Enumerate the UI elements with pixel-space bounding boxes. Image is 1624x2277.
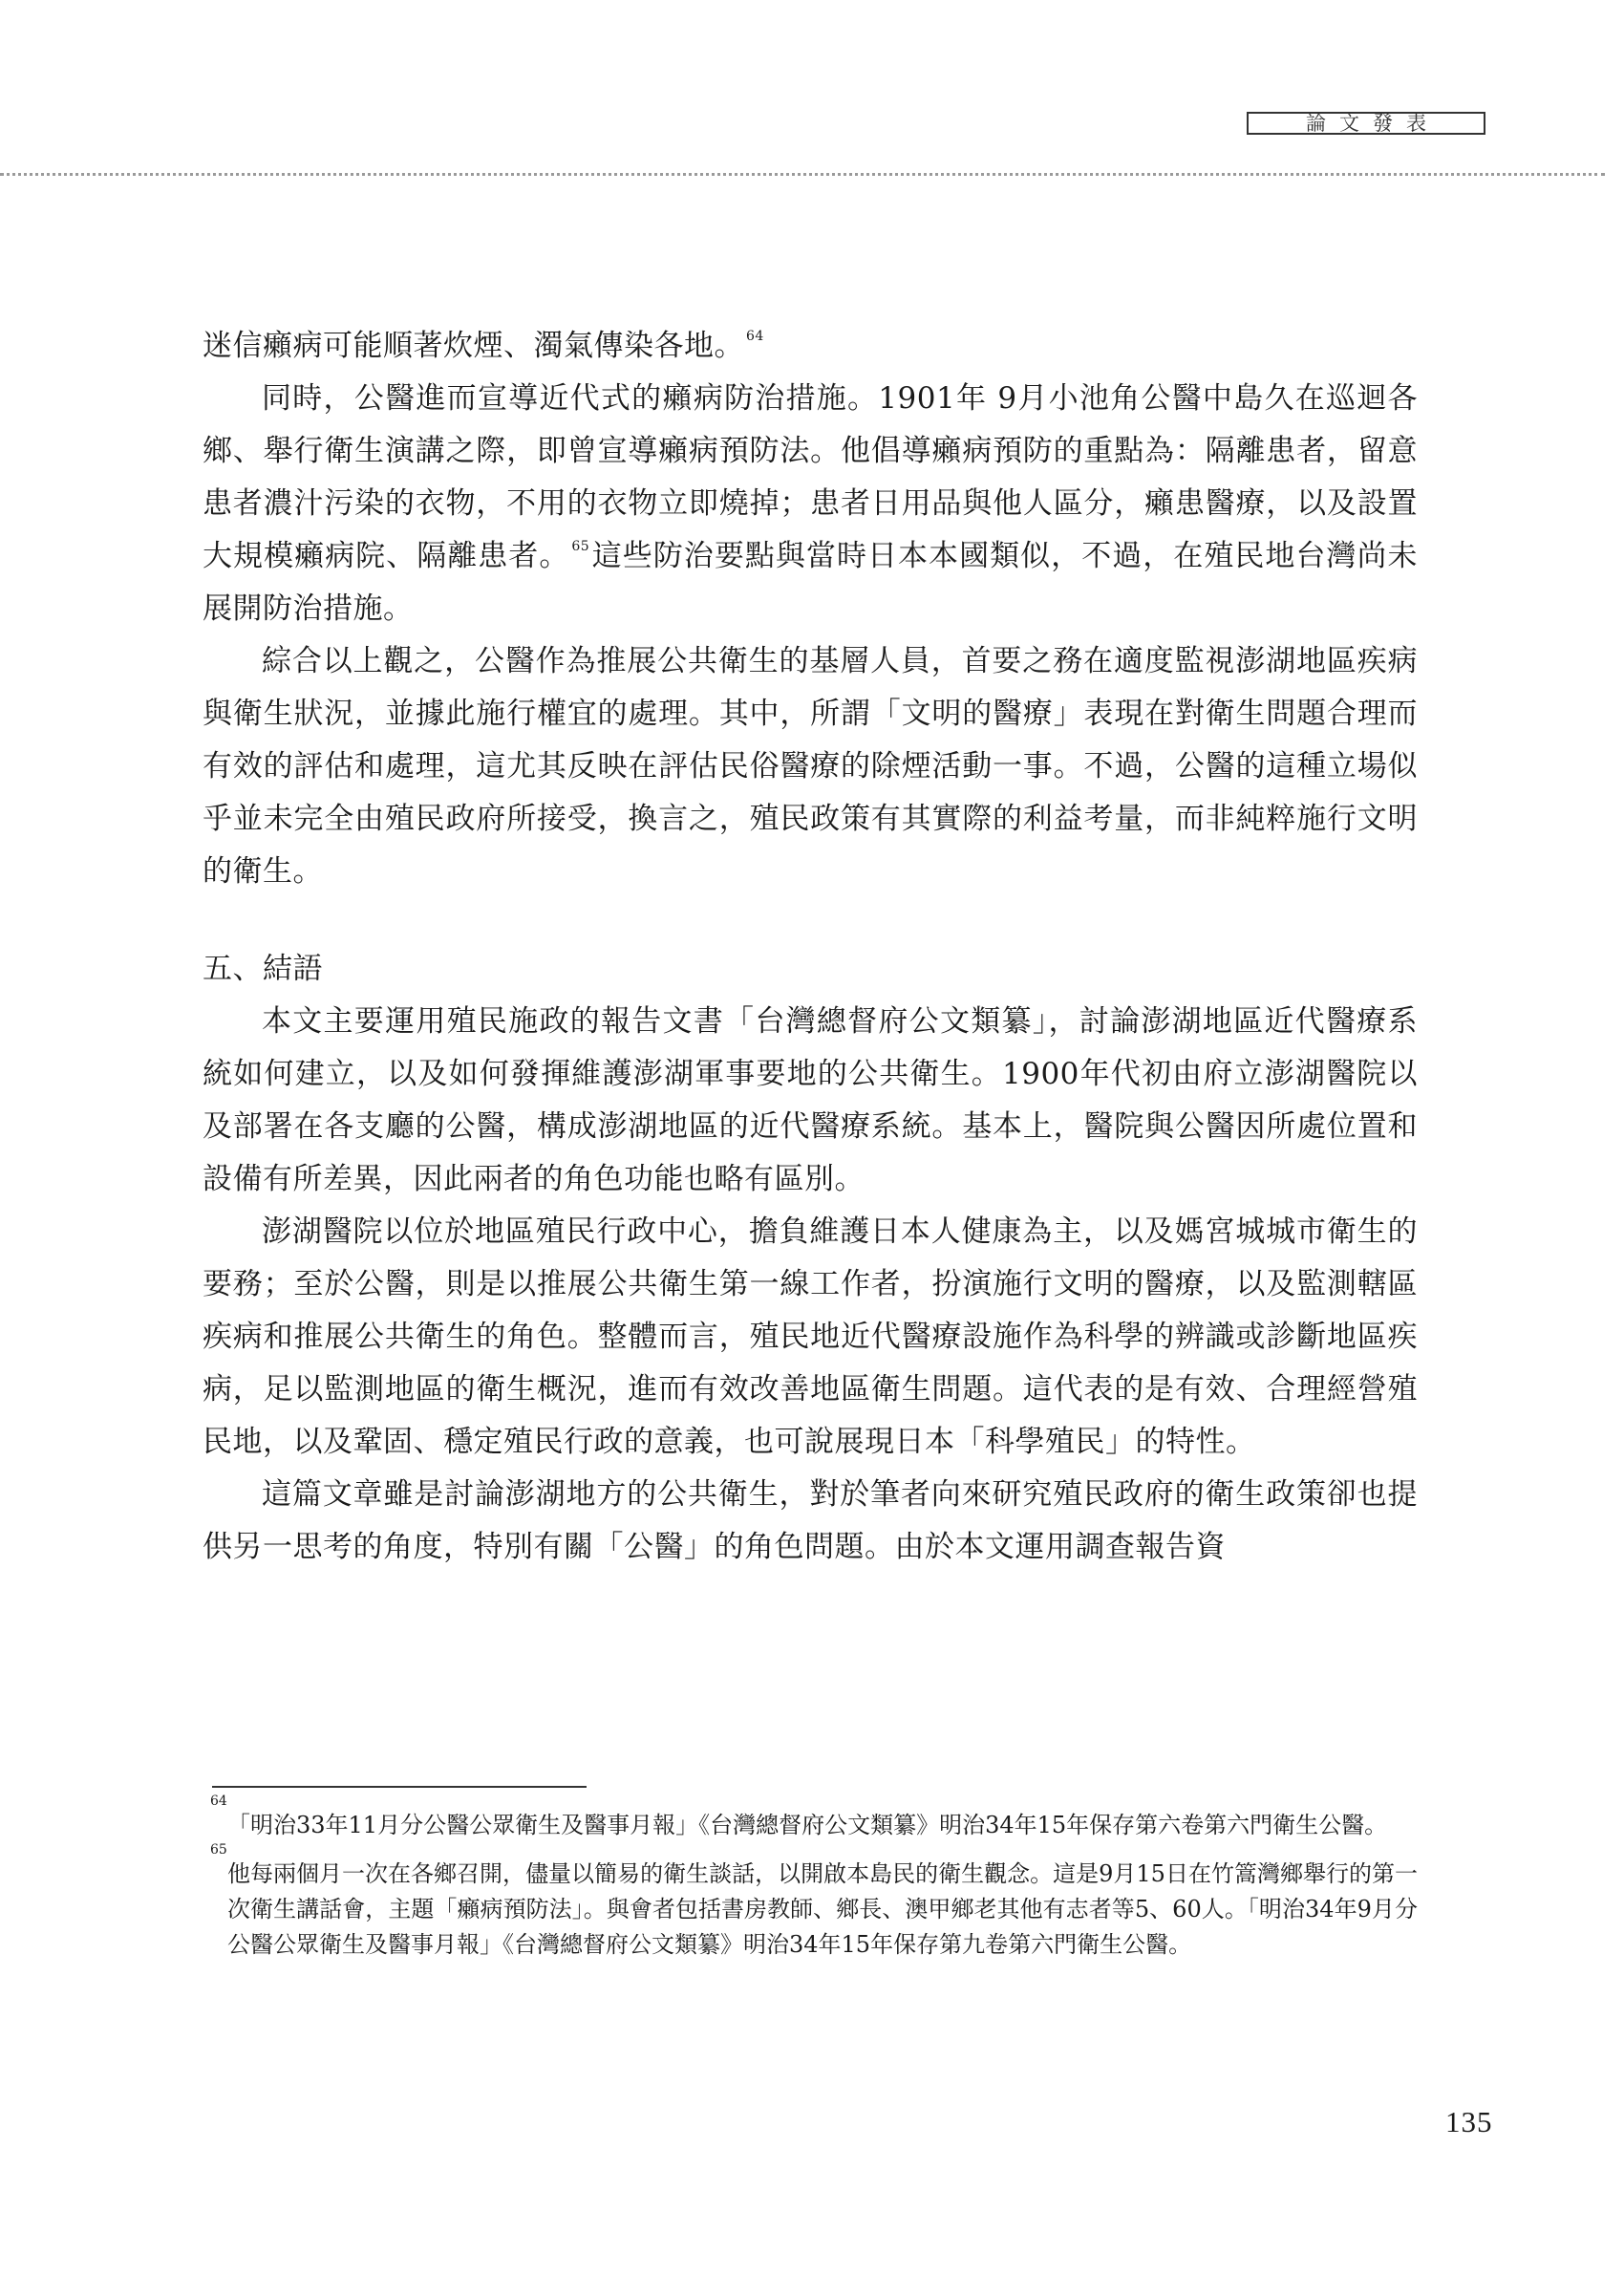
footnote-number: 64	[210, 1794, 227, 1808]
footnote-text: 他每兩個月一次在各鄉召開，儘量以簡易的衛生談話，以開啟本島民的衛生觀念。這是9月…	[227, 1860, 1418, 1958]
paragraph-2: 同時，公醫進而宣導近代式的癩病防治措施。1901年 9月小池角公醫中島久在巡迴各…	[203, 373, 1418, 635]
footnote-number: 65	[210, 1843, 227, 1857]
conclusion-paragraph-3: 這篇文章雖是討論澎湖地方的公共衛生，對於筆者向來研究殖民政府的衛生政策卻也提供另…	[203, 1469, 1418, 1574]
conclusion-paragraph-2: 澎湖醫院以位於地區殖民行政中心，擔負維護日本人健康為主，以及媽宮城城市衛生的要務…	[203, 1206, 1418, 1469]
footnote-separator-rule	[212, 1786, 587, 1788]
footnote-text: 「明治33年11月分公醫公眾衛生及醫事月報」《台灣總督府公文類纂》明治34年15…	[227, 1812, 1387, 1838]
footnotes-section: 64 「明治33年11月分公醫公眾衛生及醫事月報」《台灣總督府公文類纂》明治34…	[212, 1808, 1418, 1976]
paragraph-text: 迷信癩病可能順著炊煙、濁氣傳染各地。	[203, 329, 744, 363]
conclusion-paragraph-1: 本文主要運用殖民施政的報告文書「台灣總督府公文類纂」，討論澎湖地區近代醫療系統如…	[203, 996, 1418, 1206]
header-dotted-divider	[0, 173, 1605, 176]
paragraph-1: 迷信癩病可能順著炊煙、濁氣傳染各地。64	[203, 320, 1418, 373]
paragraph-text: 綜合以上觀之，公醫作為推展公共衛生的基層人員，首要之務在適度監視澎湖地區疾病與衛…	[203, 644, 1418, 889]
footnote-reference-65[interactable]: 65	[571, 539, 589, 554]
paragraph-3: 綜合以上觀之，公醫作為推展公共衛生的基層人員，首要之務在適度監視澎湖地區疾病與衛…	[203, 635, 1418, 898]
section-label-text: 論文發表	[1306, 114, 1440, 134]
main-body-text: 迷信癩病可能順著炊煙、濁氣傳染各地。64 同時，公醫進而宣導近代式的癩病防治措施…	[203, 320, 1418, 1574]
section-heading-conclusion: 五、結語	[203, 943, 1418, 996]
footnote-64: 64 「明治33年11月分公醫公眾衛生及醫事月報」《台灣總督府公文類纂》明治34…	[212, 1808, 1418, 1843]
footnote-reference-64[interactable]: 64	[746, 329, 764, 344]
page-number: 135	[1445, 2105, 1493, 2139]
running-header-section-label: 論文發表	[1247, 112, 1485, 135]
footnote-65: 65 他每兩個月一次在各鄉召開，儘量以簡易的衛生談話，以開啟本島民的衛生觀念。這…	[212, 1857, 1418, 1963]
